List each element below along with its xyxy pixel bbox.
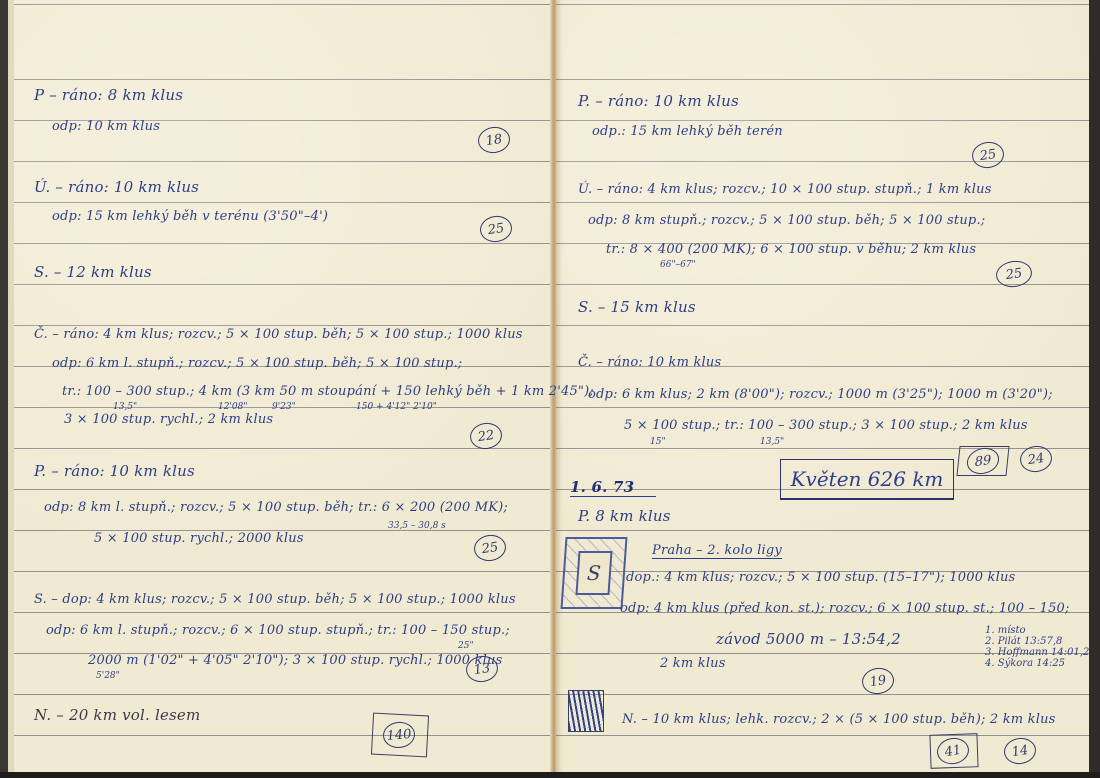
time-annotation: 33,5 – 30,8 s	[388, 521, 446, 531]
time-annotation: 25"	[458, 641, 474, 651]
week-total-box: 41	[929, 733, 978, 769]
entry-line: odp: 10 km klus	[52, 119, 160, 134]
time-annotation: 15"	[650, 437, 666, 447]
entry-line: odp.: 15 km lehký běh terén	[592, 124, 783, 139]
entry-line: tr.: 8 × 400 (200 MK); 6 × 100 stup. v b…	[606, 242, 976, 257]
entry-line: odp: 15 km lehký běh v terénu (3'50"–4')	[52, 209, 328, 224]
time-annotation: 9'23"	[272, 402, 296, 412]
entry-line: tr.: 100 – 300 stup.; 4 km (3 km 50 m st…	[62, 384, 594, 399]
entry-line: 2 km klus	[660, 656, 726, 671]
entry-line: Ú. – ráno: 4 km klus; rozcv.; 10 × 100 s…	[578, 182, 992, 197]
saturday-marker-sketch: S	[560, 537, 627, 609]
sunday-marker-sketch	[568, 690, 604, 732]
race-result: 3. Hoffmann 14:01,2	[985, 647, 1089, 658]
entry-line: P – ráno: 8 km klus	[34, 86, 183, 104]
entry-line: Ú. – ráno: 10 km klus	[34, 178, 199, 196]
entry-line: 5 × 100 stup. rychl.; 2000 klus	[94, 531, 304, 546]
race-results-list: 1. místo 2. Pilát 13:57,8 3. Hoffmann 14…	[985, 625, 1089, 669]
time-annotation: 12'08"	[218, 402, 248, 412]
race-result-line: závod 5000 m – 13:54,2	[716, 630, 901, 648]
entry-line: Č. – ráno: 4 km klus; rozcv.; 5 × 100 st…	[34, 327, 523, 342]
month-summary-box: Květen 626 km	[780, 459, 954, 500]
week-total-box: 140	[371, 713, 429, 758]
entry-line: 2000 m (1'02" + 4'05" 2'10"); 3 × 100 st…	[88, 653, 502, 668]
partial-sum-box: 89	[956, 446, 1009, 476]
entry-line: odp: 8 km stupň.; rozcv.; 5 × 100 stup. …	[588, 213, 985, 228]
partial-sum: 89	[966, 446, 999, 476]
notebook-left-edge	[0, 0, 14, 772]
entry-line: odp: 6 km l. stupň.; rozcv.; 5 × 100 stu…	[52, 356, 462, 371]
entry-line: odp: 6 km klus; 2 km (8'00"); rozcv.; 10…	[588, 387, 1053, 402]
month-summary: Květen 626 km	[791, 467, 944, 491]
race-title: Praha – 2. kolo ligy	[652, 543, 782, 559]
entry-line: Č. – ráno: 10 km klus	[578, 355, 721, 370]
week-total: 140	[382, 721, 416, 750]
notebook-right-edge	[1089, 0, 1100, 778]
entry-line: P. – ráno: 10 km klus	[34, 462, 195, 480]
entry-line: P. 8 km klus	[578, 507, 671, 525]
entry-line: 5 × 100 stup.; tr.: 100 – 300 stup.; 3 ×…	[624, 418, 1028, 433]
race-result: 1. místo	[985, 625, 1089, 636]
entry-line: S. – 15 km klus	[578, 298, 696, 316]
race-result: 4. Sýkora 14:25	[985, 658, 1089, 669]
entry-line: S. – dop: 4 km klus; rozcv.; 5 × 100 stu…	[34, 592, 516, 607]
entry-line: 3 × 100 stup. rychl.; 2 km klus	[64, 412, 273, 427]
time-annotation: 13,5"	[760, 437, 784, 447]
entry-line: N. – 10 km klus; lehk. rozcv.; 2 × (5 × …	[622, 712, 1056, 727]
time-annotation: 13,5"	[113, 402, 137, 412]
entry-line: P. – ráno: 10 km klus	[578, 92, 739, 110]
date-heading: 1. 6. 73	[570, 478, 656, 497]
week-total: 41	[935, 735, 971, 766]
entry-line: odp: 8 km l. stupň.; rozcv.; 5 × 100 stu…	[44, 500, 508, 515]
entry-line: dop.: 4 km klus; rozcv.; 5 × 100 stup. (…	[626, 570, 1015, 585]
time-annotation: 150 + 4'12" 2'10"	[356, 402, 437, 412]
time-annotation: 66"–67"	[660, 260, 696, 270]
notebook-bottom-edge	[0, 772, 1100, 778]
race-result: 2. Pilát 13:57,8	[985, 636, 1089, 647]
entry-line: odp: 4 km klus (před kon. st.); rozcv.; …	[620, 601, 1070, 616]
entry-line: N. – 20 km vol. lesem	[34, 706, 200, 724]
entry-line: S. – 12 km klus	[34, 263, 152, 281]
entry-line: odp: 6 km l. stupň.; rozcv.; 6 × 100 stu…	[46, 623, 510, 638]
time-annotation: 5'28"	[96, 671, 120, 681]
saturday-marker-letter: S	[575, 551, 612, 595]
